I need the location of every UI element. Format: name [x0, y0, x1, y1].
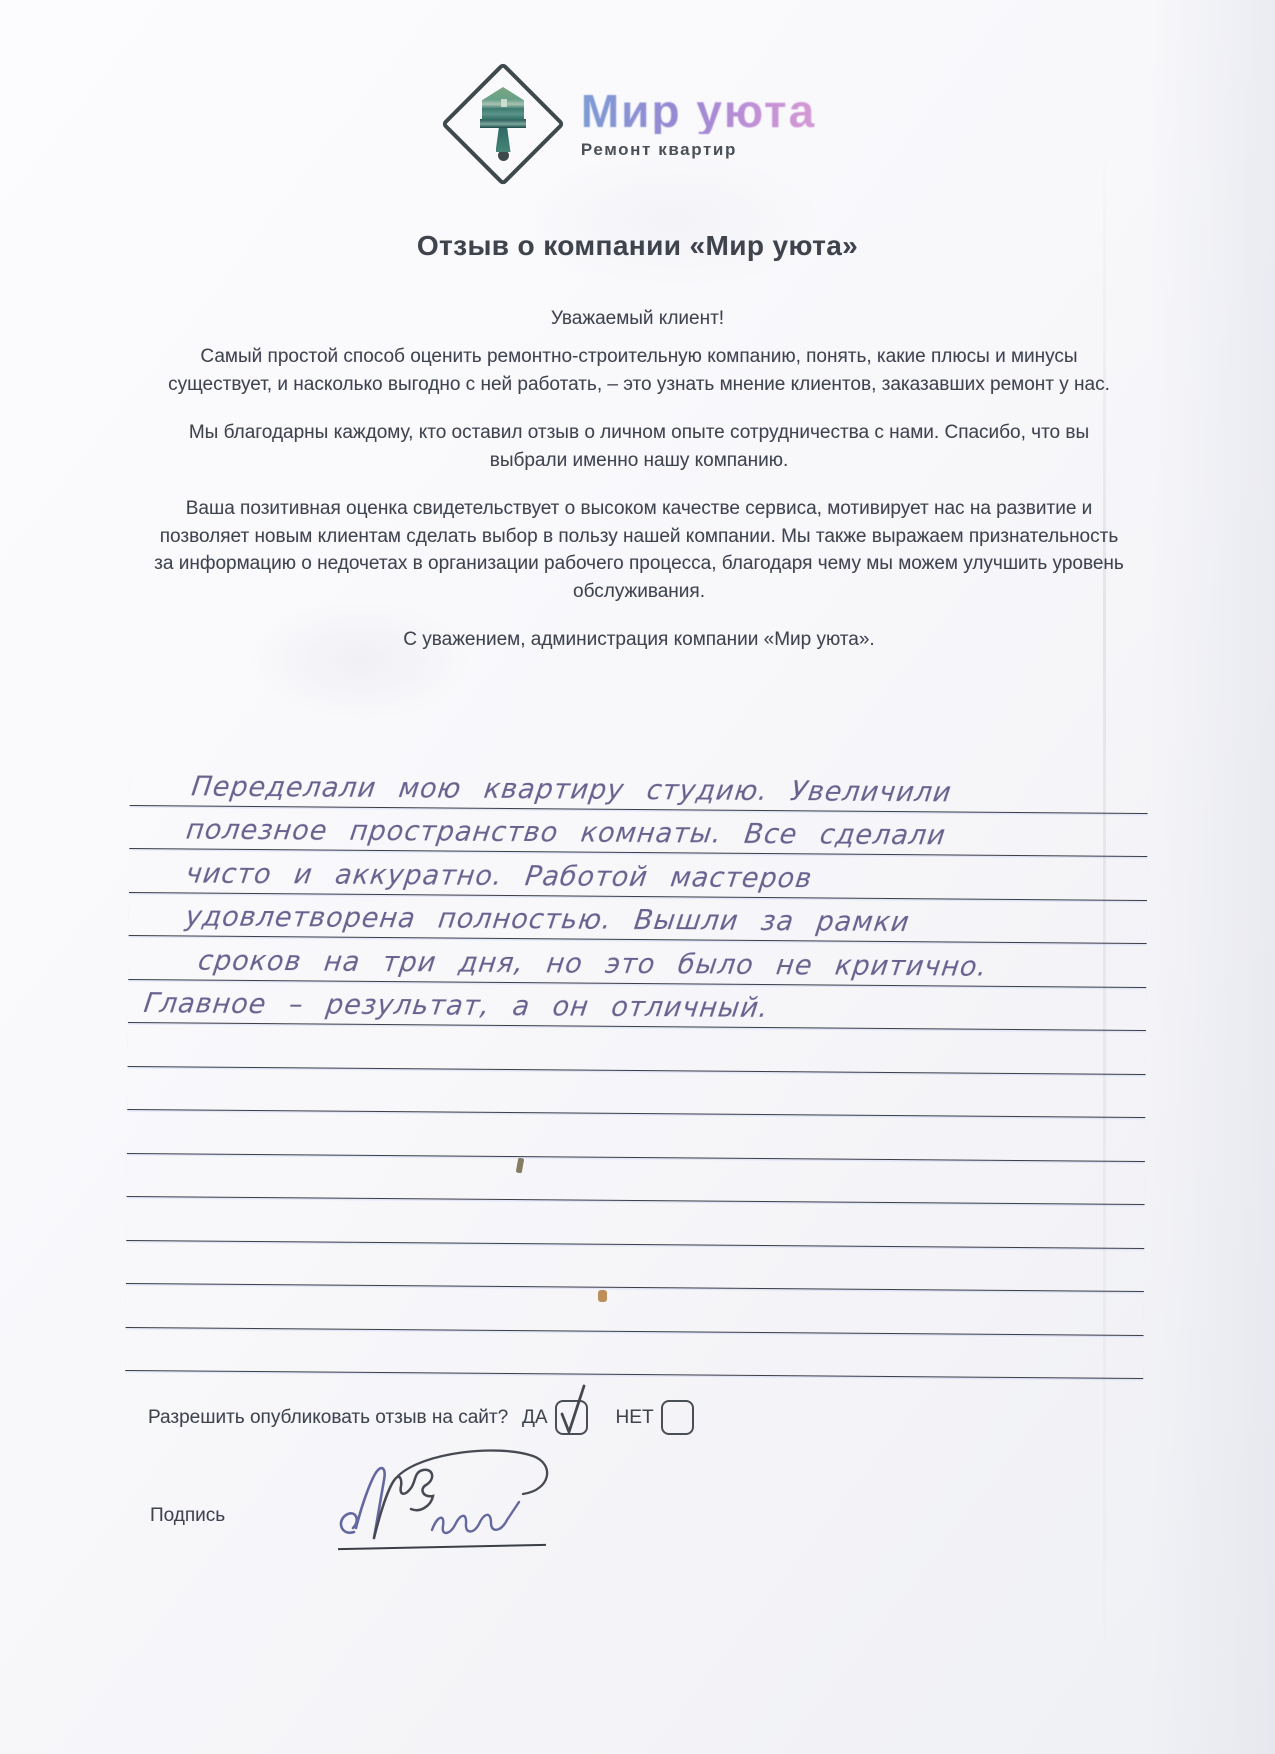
brand-tagline: Ремонт квартир: [581, 140, 816, 160]
handwritten-signature: [328, 1446, 578, 1556]
brush-bristle-house-shape: [482, 87, 524, 120]
review-line-empty: [125, 1327, 1143, 1378]
handwritten-checkmark-icon: [555, 1382, 591, 1438]
handwritten-text: сроков на три дня, но это было не критич…: [196, 945, 989, 982]
brush-handle: [495, 128, 510, 152]
handwritten-text: полезное пространство комнаты. Все сдела…: [184, 814, 947, 851]
greeting-line: Уважаемый клиент!: [0, 308, 1275, 330]
paintbrush-house-diamond-icon: [441, 62, 565, 186]
scanned-review-form: Мир уюта Ремонт квартир Отзыв о компании…: [0, 0, 1275, 1754]
closing-line: С уважением, администрация компании «Мир…: [150, 626, 1128, 654]
paragraph: Самый простой способ оценить ремонтно-ст…: [150, 343, 1128, 398]
handwritten-text: чисто и аккуратно. Работой мастеров: [184, 858, 814, 894]
company-logo: Мир уюта Ремонт квартир: [0, 80, 1275, 168]
scan-shading-right: [1150, 0, 1275, 1754]
intro-paragraphs: Самый простой способ оценить ремонтно-ст…: [150, 343, 1128, 675]
yes-label: ДА: [522, 1407, 548, 1429]
paintbrush-icon: [463, 84, 543, 164]
handwritten-text: Переделали мою квартиру студию. Увеличил…: [190, 771, 954, 808]
publish-consent-row: Разрешить опубликовать отзыв на сайт? ДА…: [148, 1400, 694, 1435]
brand-name: Мир уюта: [581, 88, 816, 134]
publish-question: Разрешить опубликовать отзыв на сайт?: [148, 1407, 516, 1429]
paragraph: Мы благодарны каждому, кто оставил отзыв…: [150, 419, 1128, 474]
brush-ferrule: [480, 119, 526, 128]
form-title: Отзыв о компании «Мир уюта»: [0, 230, 1275, 262]
handwritten-text: Главное – результат, а он отличный.: [142, 988, 771, 1024]
yes-checkbox[interactable]: [555, 1400, 588, 1435]
paragraph: Ваша позитивная оценка свидетельствует о…: [150, 495, 1128, 605]
house-window: [501, 99, 507, 107]
scan-smudge: [520, 150, 820, 290]
brand-text-block: Мир уюта Ремонт квартир: [581, 88, 816, 160]
no-label: НЕТ: [616, 1407, 654, 1429]
review-writing-area: Переделали мою квартиру студию. Увеличил…: [125, 762, 1148, 1379]
handwritten-text: удовлетворена полностью. Вышли за рамки: [184, 901, 912, 938]
no-checkbox[interactable]: [661, 1400, 694, 1435]
signature-label: Подпись: [150, 1505, 225, 1527]
